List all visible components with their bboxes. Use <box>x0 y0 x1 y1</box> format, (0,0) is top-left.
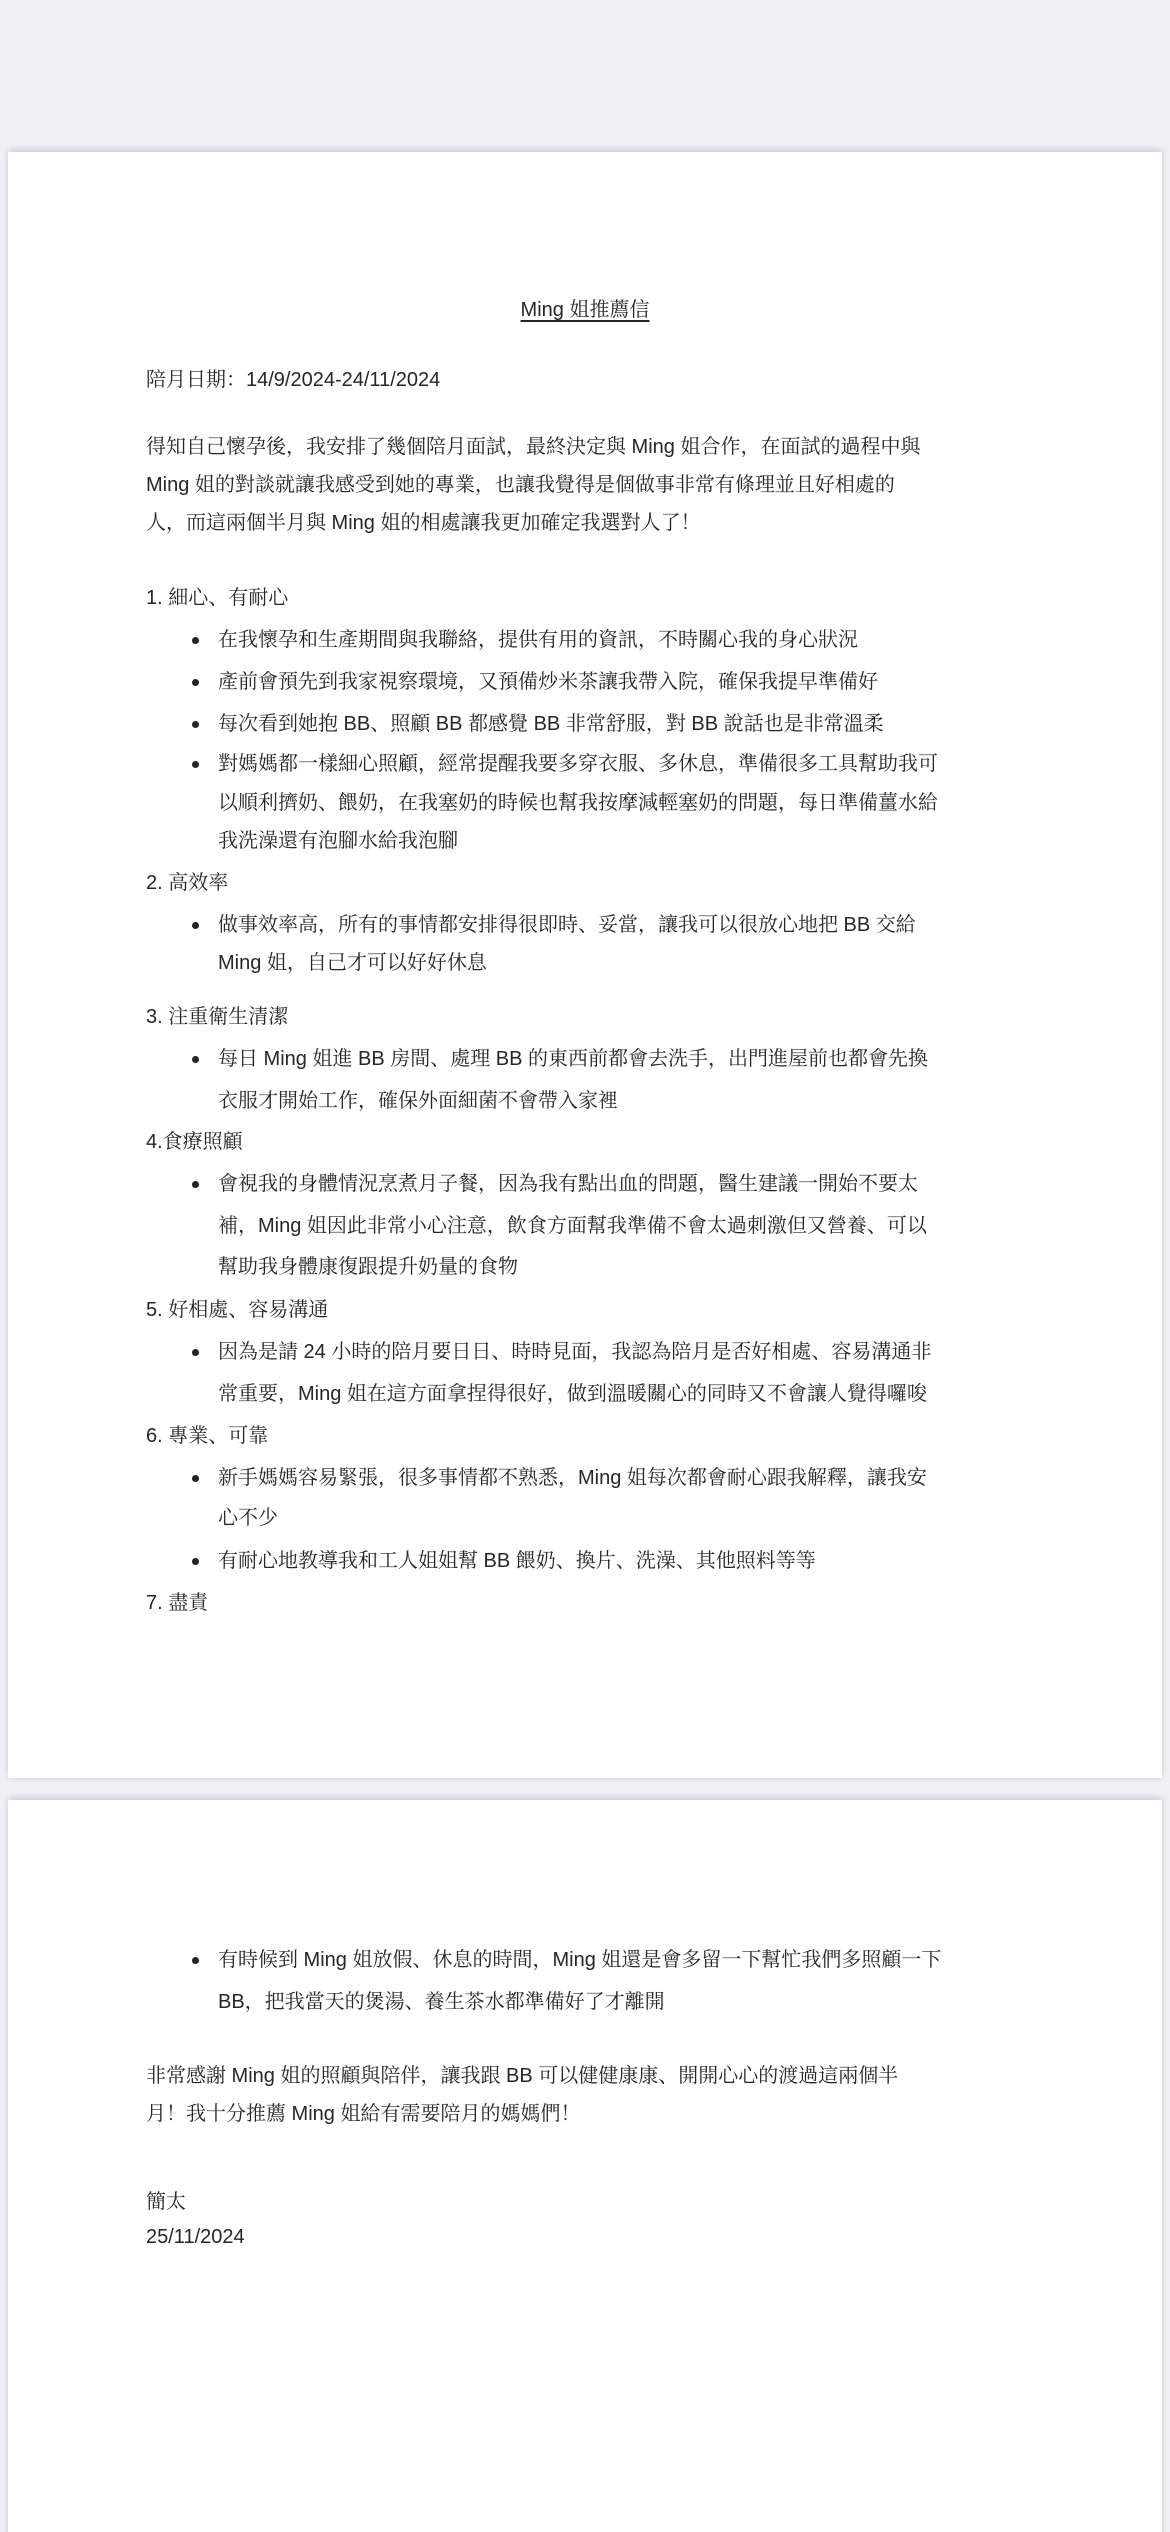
section-heading: 2. 高效率 <box>146 870 228 896</box>
section-heading: 3. 注重衛生清潔 <box>146 1004 288 1030</box>
bullet-text: 以順利擠奶、餵奶，在我塞奶的時候也幫我按摩減輕塞奶的問題，每日準備薑水給 <box>218 790 938 816</box>
closing-line: 非常感謝 Ming 姐的照顧與陪伴，讓我跟 BB 可以健健康康、開開心心的渡過這… <box>146 2063 898 2089</box>
bullet-icon <box>192 1957 199 1964</box>
section-heading: 4.食療照顧 <box>146 1129 243 1155</box>
bullet-text: 我洗澡還有泡腳水給我泡腳 <box>218 828 458 854</box>
bullet-icon <box>192 1181 199 1188</box>
bullet-icon <box>192 1349 199 1356</box>
bullet-icon <box>192 721 199 728</box>
page-title: Ming 姐推薦信 <box>8 297 1162 323</box>
closing-line: 月！我十分推薦 Ming 姐給有需要陪月的媽媽們！ <box>146 2101 580 2127</box>
period-line: 陪月日期：14/9/2024-24/11/2024 <box>146 367 440 393</box>
bullet-icon <box>192 1056 199 1063</box>
bullet-icon <box>192 922 199 929</box>
document-page-1: Ming 姐推薦信 陪月日期：14/9/2024-24/11/2024 得知自己… <box>8 152 1162 1778</box>
section-heading: 1. 細心、有耐心 <box>146 585 288 611</box>
document-page-2: 有時候到 Ming 姐放假、休息的時間，Ming 姐還是會多留一下幫忙我們多照顧… <box>8 1800 1162 2532</box>
intro-line: 人，而這兩個半月與 Ming 姐的相處讓我更加確定我選對人了！ <box>146 510 700 536</box>
bullet-text: 心不少 <box>218 1505 278 1531</box>
bullet-icon <box>192 761 199 768</box>
bullet-text: 對媽媽都一樣細心照顧，經常提醒我要多穿衣服、多休息，準備很多工具幫助我可 <box>218 751 938 777</box>
section-heading: 6. 專業、可靠 <box>146 1423 268 1449</box>
bullet-text: 每次看到她抱 BB、照顧 BB 都感覺 BB 非常舒服，對 BB 說話也是非常溫… <box>218 711 884 737</box>
bullet-text: 幫助我身體康復跟提升奶量的食物 <box>218 1254 518 1280</box>
intro-line: Ming 姐的對談就讓我感受到她的專業，也讓我覺得是個做事非常有條理並且好相處的 <box>146 472 895 498</box>
bullet-text: BB，把我當天的煲湯、養生茶水都準備好了才離開 <box>218 1989 665 2015</box>
bullet-text: 衣服才開始工作，確保外面細菌不會帶入家裡 <box>218 1088 618 1114</box>
bullet-text: Ming 姐，自己才可以好好休息 <box>218 950 487 976</box>
bullet-text: 在我懷孕和生產期間與我聯絡，提供有用的資訊，不時關心我的身心狀況 <box>218 627 858 653</box>
bullet-text: 有時候到 Ming 姐放假、休息的時間，Ming 姐還是會多留一下幫忙我們多照顧… <box>218 1947 941 1973</box>
bullet-text: 常重要，Ming 姐在這方面拿捏得很好，做到溫暖關心的同時又不會讓人覺得囉唆 <box>218 1381 927 1407</box>
bullet-icon <box>192 637 199 644</box>
bullet-icon <box>192 1558 199 1565</box>
bullet-icon <box>192 679 199 686</box>
bullet-text: 補，Ming 姐因此非常小心注意，飲食方面幫我準備不會太過刺激但又營養、可以 <box>218 1213 927 1239</box>
section-heading: 5. 好相處、容易溝通 <box>146 1297 328 1323</box>
bullet-text: 新手媽媽容易緊張，很多事情都不熟悉，Ming 姐每次都會耐心跟我解釋，讓我安 <box>218 1465 927 1491</box>
bullet-text: 因為是請 24 小時的陪月要日日、時時見面，我認為陪月是否好相處、容易溝通非 <box>218 1339 931 1365</box>
signature: 簡太 <box>146 2189 186 2215</box>
bullet-text: 產前會預先到我家視察環境，又預備炒米茶讓我帶入院，確保我提早準備好 <box>218 669 878 695</box>
bullet-text: 做事效率高，所有的事情都安排得很即時、妥當，讓我可以很放心地把 BB 交給 <box>218 912 916 938</box>
bullet-text: 有耐心地教導我和工人姐姐幫 BB 餵奶、換片、洗澡、其他照料等等 <box>218 1548 816 1574</box>
intro-line: 得知自己懷孕後，我安排了幾個陪月面試，最終決定與 Ming 姐合作，在面試的過程… <box>146 434 920 460</box>
sign-date: 25/11/2024 <box>146 2224 245 2250</box>
bullet-text: 每日 Ming 姐進 BB 房間、處理 BB 的東西前都會去洗手，出門進屋前也都… <box>218 1046 928 1072</box>
section-heading: 7. 盡責 <box>146 1590 208 1616</box>
bullet-text: 會視我的身體情況烹煮月子餐，因為我有點出血的問題，醫生建議一開始不要太 <box>218 1171 918 1197</box>
bullet-icon <box>192 1475 199 1482</box>
